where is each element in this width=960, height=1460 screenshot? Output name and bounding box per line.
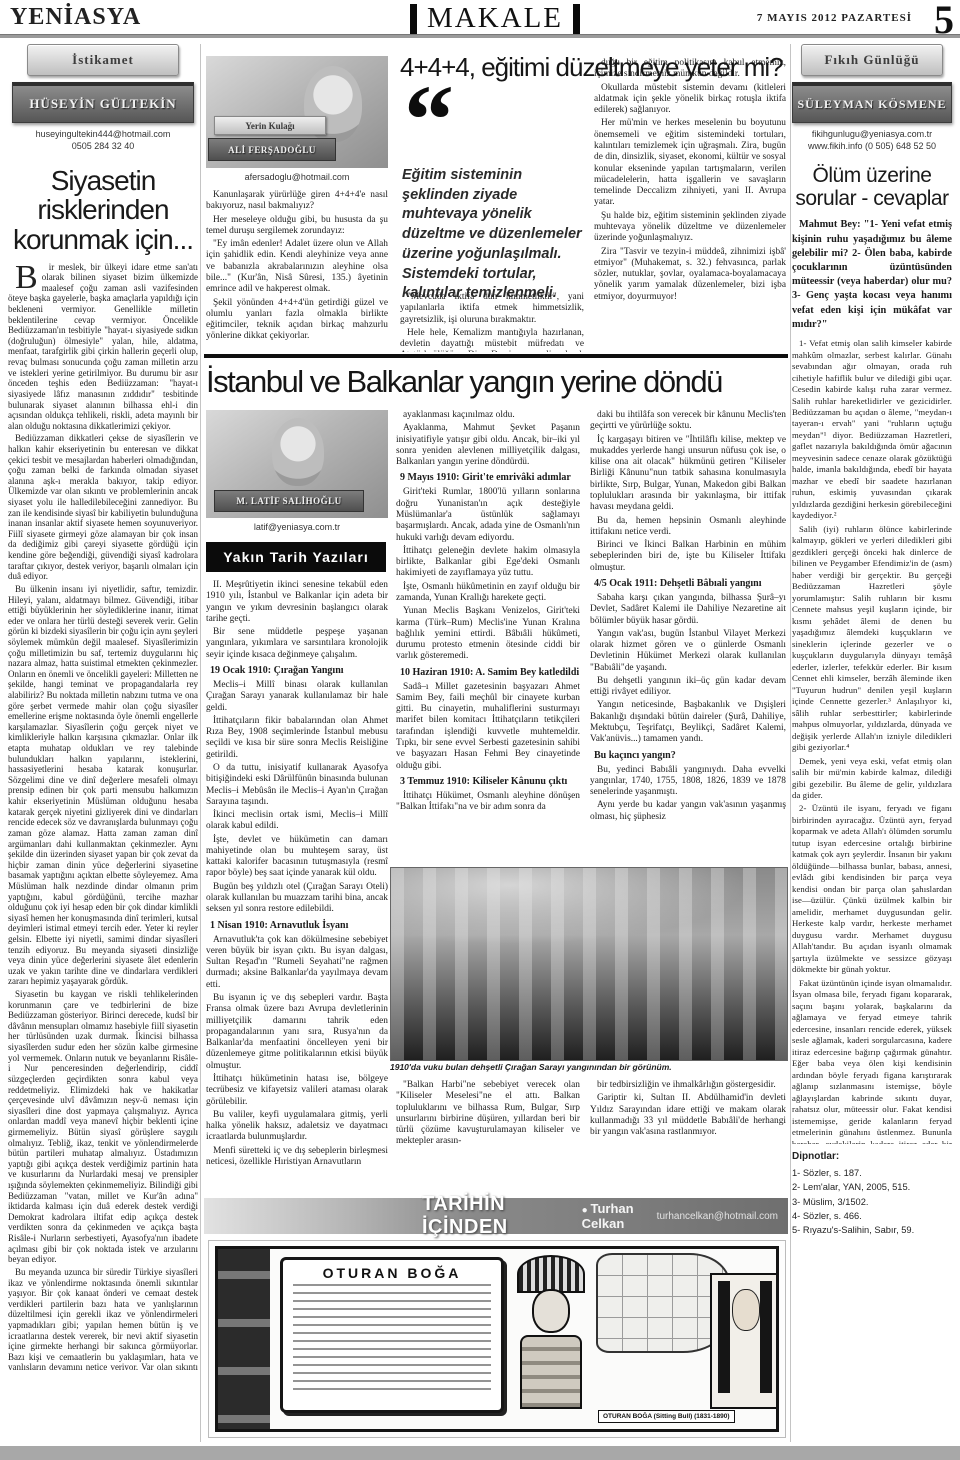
subhead: 4/5 Ocak 1911: Dehşetli Bâbıali yangını <box>590 578 786 590</box>
smoke-effect <box>391 868 787 954</box>
body-paragraph: duğu bir eğitim politikasını kabul etmem… <box>594 58 786 81</box>
body-paragraph: Aynı yerde bu kadar yangın vak'asının ya… <box>590 800 786 823</box>
body-paragraph: Şu halde biz, eğitim sisteminin şeklinde… <box>594 211 786 245</box>
body-paragraph: "Mevcuda iktifa dûn himmetliktir", yani … <box>400 292 584 326</box>
author-photo-salihoglu: M. LATİF SALİHOĞLU <box>206 410 388 518</box>
author-contact: huseyingultekin444@hotmail.com 0505 284 … <box>8 128 198 152</box>
comic-left-figures <box>218 1249 270 1429</box>
page-footer-bar <box>0 1446 960 1460</box>
body-paragraph: Bu, yedinci Babıâli yangınıydı. Daha evv… <box>590 765 786 799</box>
body-paragraph: Birinci ve İkinci Balkan Harbinin en müh… <box>590 540 786 574</box>
history-column-2: ayaklanması kaçınılmaz oldu.Ayaklanma, M… <box>396 410 580 865</box>
column-rule-left <box>200 44 201 1442</box>
article-headline: İstanbul ve Balkanlar yangın yerine dönd… <box>206 364 788 400</box>
subhead: 1 Nisan 1910: Arnavutluk İsyanı <box>206 920 388 932</box>
newspaper-logo: YENİASYA <box>10 4 141 31</box>
author-email: afersadoglu@hotmail.com <box>206 172 388 182</box>
body-paragraph: Zira "Tasvir ve tezyin-i müddeâ, zihnimi… <box>594 247 786 303</box>
history-column-3: daki bu ihtilâfa son verecek bir kânunu … <box>590 410 786 865</box>
tarihin-icinden-author: Turhan Celkan <box>582 1201 657 1231</box>
author-nameplate: ALİ FERŞADOĞLU <box>208 138 336 161</box>
history-column-1: II. Meşrûtiyetin ikinci senesine tekabül… <box>206 580 388 1196</box>
braid-left <box>718 1281 730 1393</box>
body-paragraph: Bu valiler, keyfi uygulamalara gitmiş, y… <box>206 1110 388 1144</box>
body-paragraph: İttihatçı hükümetinin hatası ise, bölgey… <box>206 1074 388 1108</box>
body-paragraph: Bu dehşetli yangının iki–üç gün kadar de… <box>590 676 786 699</box>
body-paragraph: Girit'teki Rumlar, 1800'lü yılların sonl… <box>396 487 580 543</box>
body-paragraph: Bu da, hemen hepsinin Osmanlı aleyhinde … <box>590 516 786 539</box>
ciragan-fire-photo <box>390 867 788 1061</box>
body-paragraph: Şekil yönünden 4+4+4'ün getirdiği güzel … <box>206 298 388 343</box>
comic-caption: OTURAN BOĞA (Sitting Bull) (1831-1890) <box>598 1410 735 1423</box>
body-paragraph: Siyasetin bu kaygan ve riskli tehlikeler… <box>8 989 198 1265</box>
body-paragraph: Bu meyanda uzunca bir süredir Türkiye si… <box>8 1267 198 1370</box>
body-paragraph: Bugün beş yıldızlı otel (Çırağan Sarayı … <box>206 882 388 916</box>
body-paragraph: 1- Vefat etmiş olan salih kimseler kabir… <box>792 338 952 522</box>
body-paragraph: Bu isyanın iç ve dış sebepleri vardır. B… <box>206 993 388 1072</box>
comic-chief-figure <box>514 1255 588 1415</box>
tarihin-icinden-email: turhancelkan@hotmail.com <box>657 1211 778 1222</box>
paragraph-list: Bediüzzaman dikkatleri çekse de siyasîle… <box>8 433 198 1369</box>
body-paragraph: O da tuttu, inisiyatif kullanarak Ayasof… <box>206 763 388 808</box>
article-body: Bir meslek, bir ülkeyi idare etme san'at… <box>8 262 198 1370</box>
body-paragraph: Demek, yeni veya eski, vefat etmiş olan … <box>792 756 952 802</box>
author-contact: fikihgunlugu@yeniasya.com.tr www.fikih.i… <box>792 128 952 152</box>
body-paragraph: Gariptir ki, Sultan II. Abdülhamid'in de… <box>590 1093 786 1138</box>
body-paragraph: Bu ülkenin insanı iyi niyetlidir, saftır… <box>8 584 198 987</box>
footnote-list: 1- Sözler, s. 187.2- Lem'alar, YAN, 2005… <box>792 1167 952 1238</box>
subhead: 3 Temmuz 1910: Kiliseler Kânunu çıktı <box>396 776 580 788</box>
body-paragraph: Arnavutluk'ta çok kan dökülmesine sebebi… <box>206 935 388 991</box>
author-photo-fersadoglu: Yerin Kulağı ALİ FERŞADOĞLU <box>206 56 388 168</box>
author-nameplate: SÜLEYMAN KÖSMENE <box>792 82 952 123</box>
section-bar-left-icon <box>410 4 417 34</box>
subhead: 9 Mayıs 1910: Girit'te emrivâki adımlar <box>396 472 580 484</box>
body-paragraph: 2- Lem'alar, YAN, 2005, 515. <box>792 1181 952 1194</box>
column-rule-right <box>790 44 791 1442</box>
tarihin-icinden-bar: TARİHİN İÇİNDEN Turhan Celkan turhancelk… <box>204 1198 788 1234</box>
comic-panel: OTURAN BOĞA OTURAN BOĞA (Sitting Bull) (… <box>208 1240 786 1438</box>
column-kicker: İstikamet <box>27 44 179 76</box>
history-column-2-continued: "Balkan Harbi"ne sebebiyet verecek olan … <box>396 1080 580 1194</box>
body-paragraph: 4- Sözler, s. 466. <box>792 1210 952 1223</box>
body-paragraph: İşte, Osmanlı hükûmetinin en zayıf olduğ… <box>396 582 580 605</box>
body-paragraph: Bediüzzaman dikkatleri çekse de siyasîle… <box>8 433 198 582</box>
body-paragraph: Yangın neticesinde, Başbakanlık ve Dışiş… <box>590 700 786 745</box>
body-paragraph: İkinci meclisin ortak ismi, Meclis–i Mil… <box>206 810 388 833</box>
dropcap: B <box>8 262 42 291</box>
body-paragraph: II. Meşrûtiyetin ikinci senesine tekabül… <box>206 580 388 625</box>
author-phone: 0505 284 32 40 <box>8 140 198 152</box>
section-bar-right-icon <box>573 4 580 34</box>
body-paragraph: Ayaklanma, Mahmut Şevket Paşanın inisiya… <box>396 423 580 468</box>
author-email: huseyingultekin444@hotmail.com <box>8 128 198 140</box>
header-rule <box>0 34 960 38</box>
body-paragraph: ayaklanması kaçınılmaz oldu. <box>396 410 580 421</box>
footnotes-title: Dipnotlar: <box>792 1150 952 1165</box>
issue-date: 7 MAYIS 2012 PAZARTESİ <box>757 12 912 24</box>
portrait-face <box>732 1289 760 1331</box>
reader-question: Mahmut Bey: "1- Yeni vefat etmiş kişinin… <box>792 218 952 332</box>
body-paragraph: Sadâ–ı Millet gazetesinin başyazarı Ahme… <box>396 682 580 772</box>
author-nameplate: M. LATİF SALİHOĞLU <box>214 490 364 512</box>
body-paragraph: Menfi süretteki iç ve dış sebeplerin bir… <box>206 1146 388 1169</box>
body-paragraph: Hele hele, Kemalizm mantığıyla hazırlana… <box>400 328 584 352</box>
body-paragraph: Bir sene müddetle peşpeşe yaşanan yangın… <box>206 627 388 661</box>
article-headline: Siyasetin risklerinden korunmak için... <box>8 166 198 253</box>
answer-body: 1- Vefat etmiş olan salih kimseler kabir… <box>792 338 952 1144</box>
body-paragraph: Her mü'min ve herkes meselenin bu boyutu… <box>594 118 786 208</box>
body-paragraph: "Ey imân edenler! Adalet üzere olun ve A… <box>206 239 388 295</box>
author-email: latif@yeniasya.com.tr <box>206 522 388 532</box>
body-paragraph: daki bu ihtilâfa son verecek bir kânunu … <box>590 410 786 433</box>
tarihin-icinden-title: TARİHİN İÇİNDEN <box>422 1193 556 1239</box>
section-title-block: MAKALE <box>400 2 590 35</box>
pull-quote: Eğitim sisteminin şeklinden ziyade muhte… <box>402 166 584 304</box>
right-fiqh-column: Fıkıh Günlüğü SÜLEYMAN KÖSMENE fikihgunl… <box>792 44 952 1239</box>
subhead: Bu kaçıncı yangın? <box>590 750 786 762</box>
column-kicker: Fıkıh Günlüğü <box>801 44 943 76</box>
body-paragraph: Kanunlaşarak yürürlüğe giren 4+4+4'e nas… <box>206 190 388 213</box>
body-paragraph: 1- Sözler, s. 187. <box>792 1167 952 1180</box>
author-nameplate: HÜSEYİN GÜLTEKİN <box>12 82 194 123</box>
body-paragraph: "Balkan Harbi"ne sebebiyet verecek olan … <box>396 1080 580 1148</box>
comic-handwriting <box>293 1284 491 1396</box>
lead-paragraph: Bir meslek, bir ülkeyi idare etme san'at… <box>8 262 198 432</box>
author-website-phone: www.fikih.info (0 505) 648 52 50 <box>792 140 952 152</box>
body-paragraph: Meclis–i Millî binası olarak kullanılan … <box>206 680 388 714</box>
body-paragraph: İç kargaşayı bitiren ve "İhtilâflı kilis… <box>590 435 786 514</box>
feather-headdress-icon <box>517 1255 585 1293</box>
comic-drawing: OTURAN BOĞA OTURAN BOĞA (Sitting Bull) (… <box>215 1246 779 1432</box>
body-paragraph: 3- Müslim, 3/1502. <box>792 1196 952 1209</box>
body-paragraph: Sabaha karşı çıkan yangında, bilhassa Şu… <box>590 593 786 627</box>
chief-torso <box>520 1335 582 1409</box>
article-column-3: duğu bir eğitim politikasını kabul etmem… <box>594 58 786 352</box>
body-paragraph: 5- Rıyazu's-Salihin, Sabır, 59. <box>792 1224 952 1237</box>
column-kicker: Yerin Kulağı <box>214 116 326 135</box>
body-paragraph: İttihatçıların fikir babalarından olan A… <box>206 716 388 761</box>
main-articles: Yerin Kulağı ALİ FERŞADOĞLU afersadoglu@… <box>204 44 788 1444</box>
body-paragraph: Fakat üzüntünün içinde isyan olmamalıdır… <box>792 978 952 1144</box>
body-paragraph: 2- Üzüntü ile isyanı, feryadı ve figanı … <box>792 803 952 975</box>
masthead: YENİASYA MAKALE 7 MAYIS 2012 PAZARTESİ 5 <box>0 0 960 34</box>
comic-scroll: OTURAN BOĞA <box>280 1257 504 1413</box>
newspaper-page: YENİASYA MAKALE 7 MAYIS 2012 PAZARTESİ 5… <box>0 0 960 1460</box>
body-paragraph: Her meseleye olduğu gibi, bu hususta da … <box>206 215 388 238</box>
author-face <box>272 418 324 486</box>
footnotes: Dipnotlar: 1- Sözler, s. 187.2- Lem'alar… <box>792 1150 952 1238</box>
braid-right <box>760 1281 772 1393</box>
comic-title: OTURAN BOĞA <box>283 1265 501 1281</box>
article-column-2: "Mevcuda iktifa dûn himmetliktir", yani … <box>400 292 584 352</box>
author-email: fikihgunlugu@yeniasya.com.tr <box>792 128 952 140</box>
chief-face <box>532 1289 570 1333</box>
body-paragraph: İttihatçı geleneğin devlete hakim olması… <box>396 546 580 580</box>
body-paragraph: İttihatçı Hükümet, Osmanlı aleyhine dönü… <box>396 791 580 814</box>
history-column-3-continued: bir tedbirsizliğin ve ihmalkârlığın göst… <box>590 1080 786 1194</box>
series-title: Yakın Tarih Yazıları <box>206 542 386 572</box>
left-opinion-column: İstikamet HÜSEYİN GÜLTEKİN huseyingultek… <box>8 44 198 1370</box>
article-column-1: Kanunlaşarak yürürlüğe giren 4+4+4'e nas… <box>206 190 388 352</box>
section-title: MAKALE <box>427 2 563 35</box>
body-paragraph: İşte, devlet ve hükümetin can damarı mah… <box>206 835 388 880</box>
photo-caption: 1910'da vuku bulan dehşetli Çırağan Sara… <box>390 1062 700 1072</box>
quote-icon: “ <box>404 70 454 170</box>
body-paragraph: Yunan Meclis Başkanı Venizelos, Girit'te… <box>396 606 580 662</box>
body-paragraph: Yangın vak'ası, bugün İstanbul Vilayet M… <box>590 629 786 674</box>
comic-sitting-bull-portrait <box>710 1273 779 1409</box>
section-divider <box>204 354 788 358</box>
subhead: 19 Ocak 1910: Çırağan Yangını <box>206 665 388 677</box>
body-paragraph: Salih (iyi) ruhların ölünce kabirlerinde… <box>792 524 952 754</box>
article-headline: Ölüm üzerine sorular - cevaplar <box>792 164 952 210</box>
body-paragraph: Okullarda müstebit sistemin devamı (kitl… <box>594 83 786 117</box>
subhead: 10 Haziran 1910: A. Samim Bey katledildi <box>396 667 580 679</box>
body-paragraph: bir tedbirsizliğin ve ihmalkârlığın göst… <box>590 1080 786 1091</box>
